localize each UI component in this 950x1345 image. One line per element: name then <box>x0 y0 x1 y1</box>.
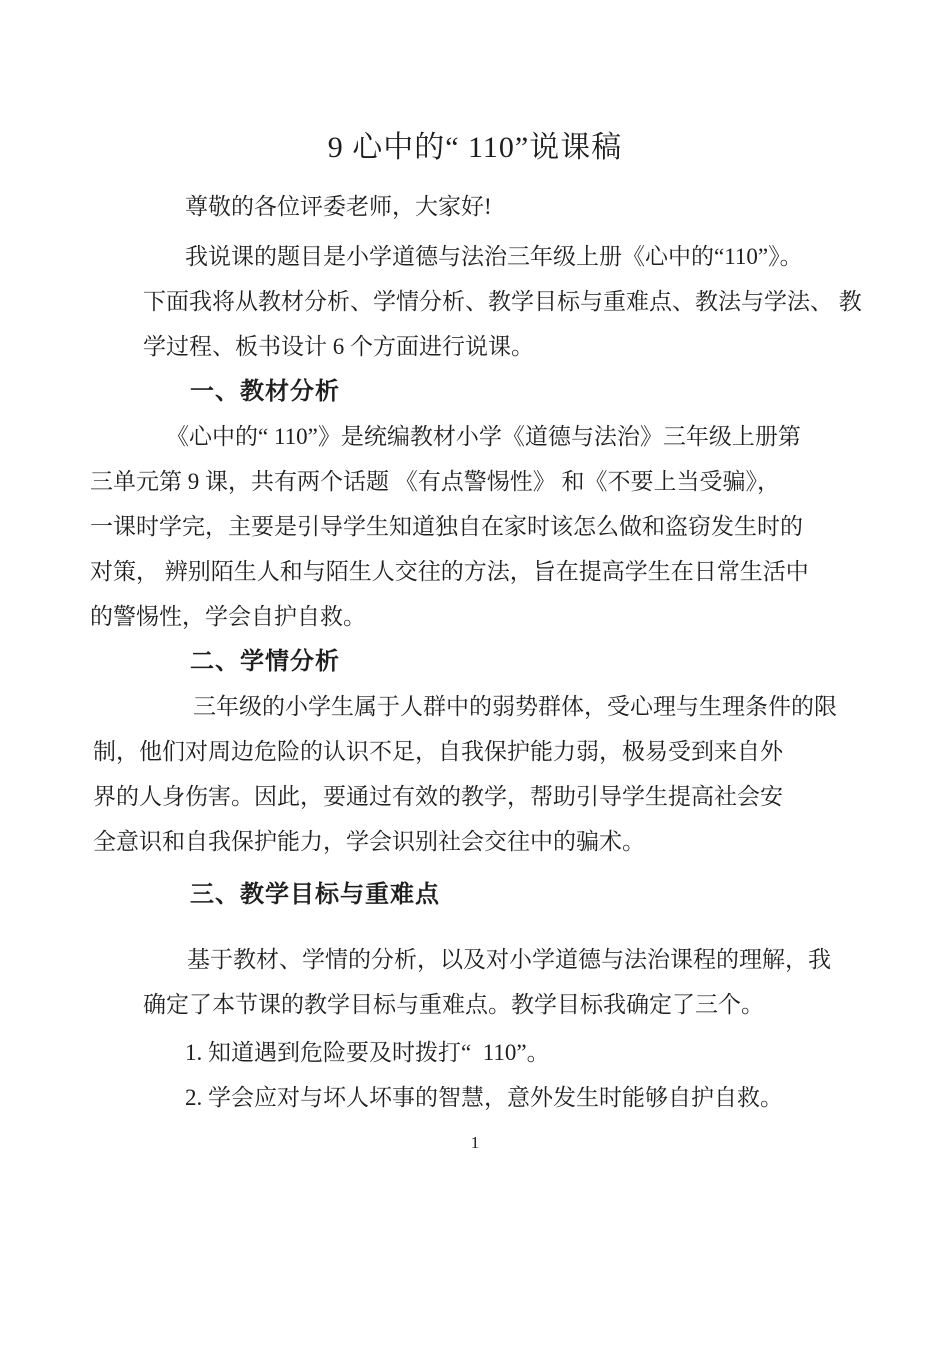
body-line: 三单元第 9 课，共有两个话题 《有点警惕性》 和《不要上当受骗》， <box>90 459 950 504</box>
intro-line: 学过程、板书设计 6 个方面进行说课。 <box>143 324 950 369</box>
body-line: 制，他们对周边危险的认识不足，自我保护能力弱，极易受到来自外 <box>93 729 950 774</box>
body-line: 界的人身伤害。因此，要通过有效的教学，帮助引导学生提高社会安 <box>93 774 950 819</box>
section-material-analysis-paragraph: 《心中的“ 110”》是统编教材小学《道德与法治》三年级上册第 三单元第 9 课… <box>90 414 950 639</box>
objective-item: 2. 学会应对与坏人坏事的智慧，意外发生时能够自护自救。 <box>185 1075 950 1120</box>
document-title: 9 心中的“ 110”说课稿 <box>0 128 950 168</box>
document-page: 9 心中的“ 110”说课稿 尊敬的各位评委老师，大家好! 我说课的题目是小学道… <box>0 0 950 1345</box>
body-line: 基于教材、学情的分析，以及对小学道德与法治课程的理解，我 <box>143 937 950 982</box>
section-learner-analysis-paragraph: 三年级的小学生属于人群中的弱势群体，受心理与生理条件的限 制，他们对周边危险的认… <box>93 684 950 864</box>
body-line: 对策， 辨别陌生人和与陌生人交往的方法，旨在提高学生在日常生活中 <box>90 549 950 594</box>
section-heading-learner-analysis: 二、学情分析 <box>190 639 950 684</box>
body-line: 的警惕性，学会自护自救。 <box>90 594 950 639</box>
body-line: 三年级的小学生属于人群中的弱势群体，受心理与生理条件的限 <box>93 684 950 729</box>
intro-line: 我说课的题目是小学道德与法治三年级上册《心中的“110”》。 <box>143 234 950 279</box>
section-heading-objectives: 三、教学目标与重难点 <box>190 872 950 917</box>
page-number: 1 <box>0 1133 950 1153</box>
objective-item: 1. 知道遇到危险要及时拨打“ 110”。 <box>185 1030 950 1075</box>
section-objectives-paragraph: 基于教材、学情的分析，以及对小学道德与法治课程的理解，我 确定了本节课的教学目标… <box>143 937 950 1027</box>
body-line: 《心中的“ 110”》是统编教材小学《道德与法治》三年级上册第 <box>90 414 950 459</box>
section-heading-material-analysis: 一、教材分析 <box>190 369 950 414</box>
intro-line: 下面我将从教材分析、学情分析、教学目标与重难点、教法与学法、 教 <box>143 279 950 324</box>
greeting-line: 尊敬的各位评委老师，大家好! <box>185 184 950 229</box>
body-line: 一课时学完，主要是引导学生知道独自在家时该怎么做和盗窃发生时的 <box>90 504 950 549</box>
objectives-list: 1. 知道遇到危险要及时拨打“ 110”。 2. 学会应对与坏人坏事的智慧，意外… <box>185 1030 950 1120</box>
body-line: 全意识和自我保护能力，学会识别社会交往中的骗术。 <box>93 819 950 864</box>
intro-paragraph: 我说课的题目是小学道德与法治三年级上册《心中的“110”》。 下面我将从教材分析… <box>143 234 950 369</box>
body-line: 确定了本节课的教学目标与重难点。教学目标我确定了三个。 <box>143 982 950 1027</box>
